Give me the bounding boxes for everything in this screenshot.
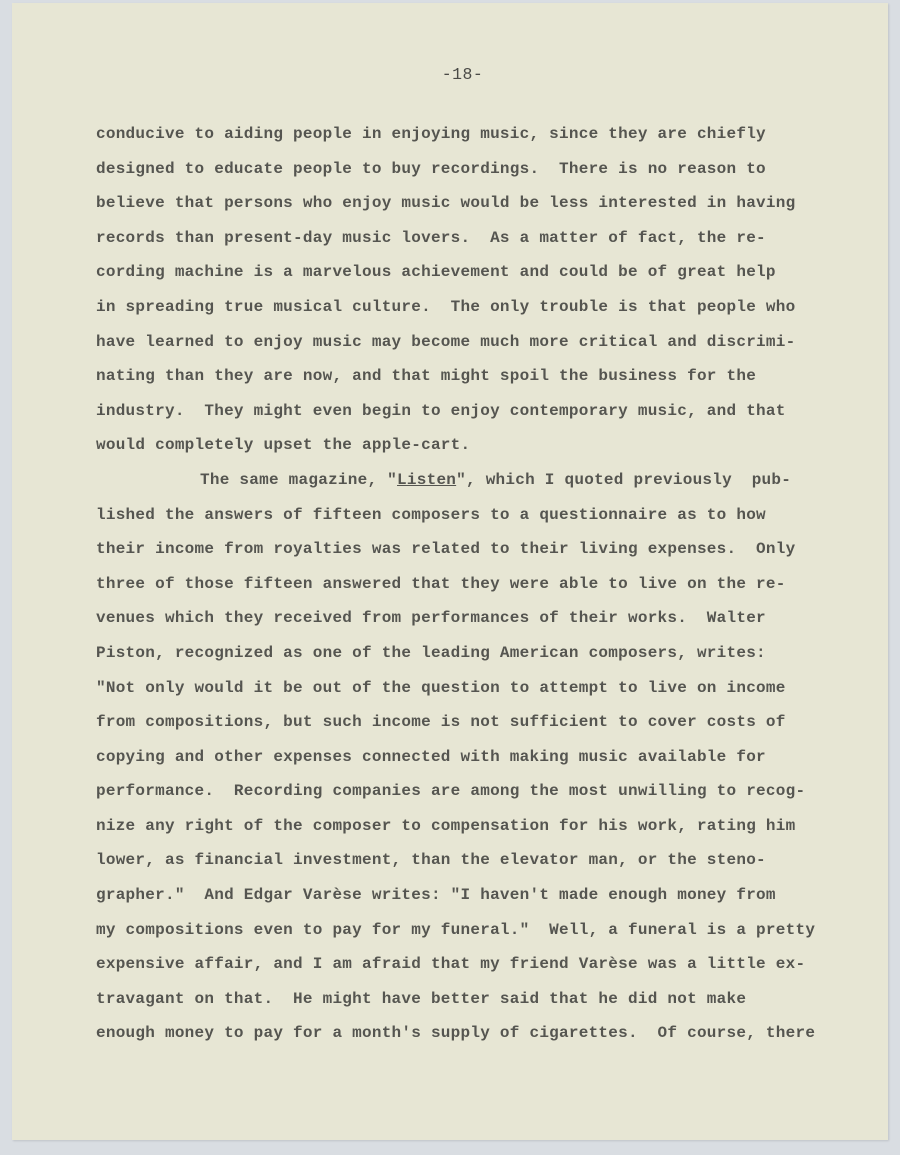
- text-fragment: The same magazine, ": [200, 471, 397, 489]
- text-line: industry. They might even begin to enjoy…: [96, 394, 856, 429]
- paragraph-1: conducive to aiding people in enjoying m…: [96, 117, 856, 463]
- text-line: records than present-day music lovers. A…: [96, 221, 856, 256]
- text-line-first: The same magazine, "Listen", which I quo…: [96, 463, 856, 498]
- text-line: their income from royalties was related …: [96, 532, 856, 567]
- text-line: cording machine is a marvelous achieveme…: [96, 255, 856, 290]
- text-line: "Not only would it be out of the questio…: [96, 671, 856, 706]
- text-line: enough money to pay for a month's supply…: [96, 1016, 856, 1051]
- text-line: grapher." And Edgar Varèse writes: "I ha…: [96, 878, 856, 913]
- text-line: Piston, recognized as one of the leading…: [96, 636, 856, 671]
- magazine-title: Listen: [397, 471, 456, 489]
- text-line: would completely upset the apple-cart.: [96, 428, 856, 463]
- typewritten-page: -18- conducive to aiding people in enjoy…: [12, 3, 888, 1140]
- text-line: designed to educate people to buy record…: [96, 152, 856, 187]
- text-line: lished the answers of fifteen composers …: [96, 498, 856, 533]
- text-line: expensive affair, and I am afraid that m…: [96, 947, 856, 982]
- text-line: nating than they are now, and that might…: [96, 359, 856, 394]
- text-line: performance. Recording companies are amo…: [96, 774, 856, 809]
- text-line: conducive to aiding people in enjoying m…: [96, 117, 856, 152]
- text-line: venues which they received from performa…: [96, 601, 856, 636]
- text-fragment: ", which I quoted previously pub-: [456, 471, 791, 489]
- text-line: travagant on that. He might have better …: [96, 982, 856, 1017]
- paragraph-2: The same magazine, "Listen", which I quo…: [96, 463, 856, 1051]
- text-line: nize any right of the composer to compen…: [96, 809, 856, 844]
- page-number: -18-: [12, 65, 888, 84]
- text-line: have learned to enjoy music may become m…: [96, 325, 856, 360]
- body-text: conducive to aiding people in enjoying m…: [96, 117, 856, 1051]
- text-line: copying and other expenses connected wit…: [96, 740, 856, 775]
- text-line: three of those fifteen answered that the…: [96, 567, 856, 602]
- text-line: believe that persons who enjoy music wou…: [96, 186, 856, 221]
- text-line: in spreading true musical culture. The o…: [96, 290, 856, 325]
- text-line: from compositions, but such income is no…: [96, 705, 856, 740]
- text-line: my compositions even to pay for my funer…: [96, 913, 856, 948]
- text-line: lower, as financial investment, than the…: [96, 843, 856, 878]
